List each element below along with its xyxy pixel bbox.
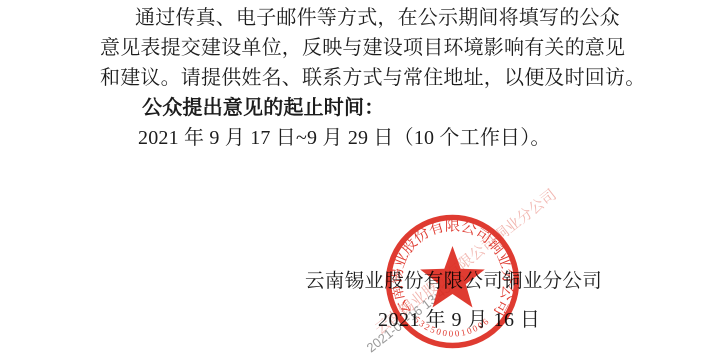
document-page: 通过传真、电子邮件等方式，在公示期间将填写的公众 意见表提交建设单位，反映与建设…	[0, 0, 705, 361]
paragraph-line: 意见表提交建设单位，反映与建设项目环境影响有关的意见	[100, 33, 680, 63]
section-heading: 公众提出意见的起止时间：	[100, 93, 680, 123]
comment-date-range: 2021 年 9 月 17 日~9 月 29 日（10 个工作日）。	[100, 123, 680, 153]
signature-date: 2021 年 9 月 16 日	[378, 303, 541, 332]
paragraph-line: 和建议。请提供姓名、联系方式与常住地址，以便及时回访。	[100, 63, 680, 93]
paragraph-line: 通过传真、电子邮件等方式，在公示期间将填写的公众	[100, 3, 680, 33]
notice-paragraph: 通过传真、电子邮件等方式，在公示期间将填写的公众 意见表提交建设单位，反映与建设…	[100, 3, 680, 153]
signature-company: 云南锡业股份有限公司铜业分公司	[305, 265, 602, 293]
